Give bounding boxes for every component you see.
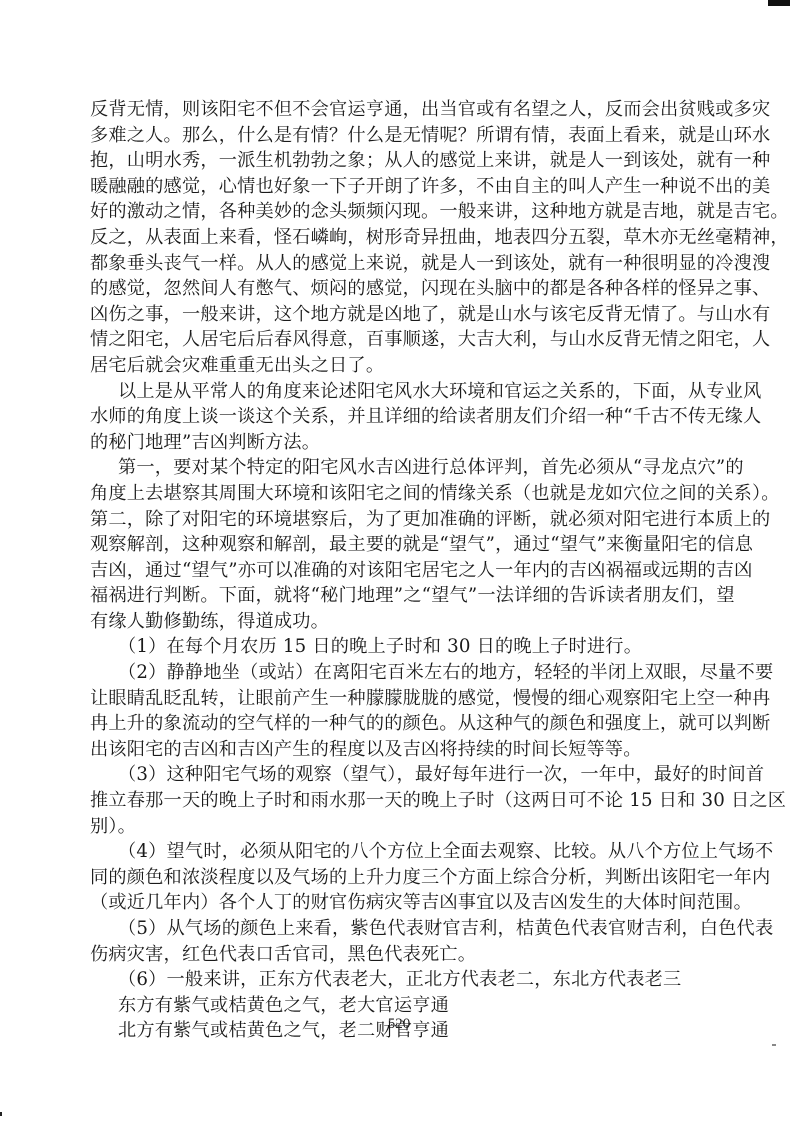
text-line: 第二，除了对阳宅的环境堪察后，为了更加准确的评断，就必须对阳宅进行本质上的 xyxy=(90,507,726,533)
text-line: 的秘门地理”吉凶判断方法。 xyxy=(90,430,726,456)
text-line: 水师的角度上谈一谈这个关系，并且详细的给读者朋友们介绍一种“千古不传无缘人 xyxy=(90,404,726,430)
list-item-4: （4）望气时，必须从阳宅的八个方位上全面去观察、比较。从八个方位上气场不 同的颜… xyxy=(90,839,726,916)
list-item-5: （5）从气场的颜色上来看，紫色代表财官吉利，桔黄色代表官财吉利，白色代表 伤病灾… xyxy=(90,916,726,967)
page-number: 520 xyxy=(0,1016,798,1033)
text-line: 别）。 xyxy=(90,814,726,840)
text-line: 以上是从平常人的角度来论述阳宅风水大环境和官运之关系的，下面，从专业风 xyxy=(90,379,726,405)
list-item-2: （2）静静地坐（或站）在离阳宅百米左右的地方，轻轻的半闭上双眼，尽量不要 让眼睛… xyxy=(90,660,726,762)
text-line: （5）从气场的颜色上来看，紫色代表财官吉利，桔黄色代表官财吉利，白色代表 xyxy=(90,916,726,942)
paragraph-2: 以上是从平常人的角度来论述阳宅风水大环境和官运之关系的，下面，从专业风 水师的角… xyxy=(90,379,726,456)
paragraph-1: 反背无情，则该阳宅不但不会官运亨通，出当官或有名望之人，反而会出贫贱或多灾 多难… xyxy=(90,97,726,379)
paragraph-3: 第一，要对某个特定的阳宅风水吉凶进行总体评判，首先必须从“寻龙点穴”的 角度上去… xyxy=(90,455,726,634)
text-line: 福祸进行判断。下面，就将“秘门地理”之“望气”一法详细的告诉读者朋友们，望 xyxy=(90,583,726,609)
text-line: 反背无情，则该阳宅不但不会官运亨通，出当官或有名望之人，反而会出贫贱或多灾 xyxy=(90,97,726,123)
text-line: 让眼睛乱眨乱转，让眼前产生一种朦朦胧胧的感觉，慢慢的细心观察阳宅上空一种冉 xyxy=(90,686,726,712)
text-line: （4）望气时，必须从阳宅的八个方位上全面去观察、比较。从八个方位上气场不 xyxy=(90,839,726,865)
text-line: 伤病灾害，红色代表口舌官司，黑色代表死亡。 xyxy=(90,942,726,968)
list-item-1: （1）在每个月农历 15 日的晚上子时和 30 日的晚上子时进行。 xyxy=(90,634,726,660)
text-line: 多难之人。那么，什么是有情？什么是无情呢？所谓有情，表面上看来，就是山环水 xyxy=(90,123,726,149)
list-item-3: （3）这种阳宅气场的观察（望气），最好每年进行一次，一年中，最好的时间首 推立春… xyxy=(90,762,726,839)
text-line: 都象垂头丧气一样。从人的感觉上来说，就是人一到该处，就有一种很明显的冷溲溲 xyxy=(90,251,726,277)
text-line: （1）在每个月农历 15 日的晚上子时和 30 日的晚上子时进行。 xyxy=(90,634,726,660)
text-line: （或近几年内）各个人丁的财官伤病灾等吉凶事宜以及吉凶发生的大体时间范围。 xyxy=(90,890,726,916)
text-line: （6）一般来讲，正东方代表老大，正北方代表老二，东北方代表老三 xyxy=(90,967,726,993)
scan-artifact-bottom-left xyxy=(0,1112,2,1116)
text-line: （2）静静地坐（或站）在离阳宅百米左右的地方，轻轻的半闭上双眼，尽量不要 xyxy=(90,660,726,686)
text-line: 暖融融的感觉，心情也好象一下子开朗了许多，不由自主的叫人产生一种说不出的美 xyxy=(90,174,726,200)
text-line: 凶伤之事，一般来讲，这个地方就是凶地了，就是山水与该宅反背无情了。与山水有 xyxy=(90,302,726,328)
text-line: 角度上去堪察其周围大环境和该阳宅之间的情缘关系（也就是龙如穴位之间的关系）。 xyxy=(90,481,726,507)
text-line: 的感觉，忽然间人有憋气、烦闷的感觉，闪现在头脑中的都是各种各样的怪异之事、 xyxy=(90,276,726,302)
scan-artifact-top-right xyxy=(768,0,790,6)
text-line: 东方有紫气或桔黄色之气，老大官运亨通 xyxy=(90,993,726,1019)
text-line: 观察解剖，这种观察和解剖，最主要的就是“望气”，通过“望气”来衡量阳宅的信息 xyxy=(90,532,726,558)
text-line: 情之阳宅，人居宅后后春风得意，百事顺遂，大吉大利，与山水反背无情之阳宅，人 xyxy=(90,327,726,353)
text-line: 吉凶，通过“望气”亦可以准确的对该阳宅居宅之人一年内的吉凶祸福或远期的吉凶 xyxy=(90,558,726,584)
text-line: 抱，山明水秀，一派生机勃勃之象；从人的感觉上来讲，就是人一到该处，就有一种 xyxy=(90,148,726,174)
text-line: 有缘人勤修勤练，得道成功。 xyxy=(90,609,726,635)
scan-artifact-bottom-right xyxy=(772,1044,776,1046)
text-line: 好的激动之情，各种美妙的念头频频闪现。一般来讲，这种地方就是吉地，就是吉宅。 xyxy=(90,199,726,225)
text-line: 推立春那一天的晚上子时和雨水那一天的晚上子时（这两日可不论 15 日和 30 日… xyxy=(90,788,726,814)
text-line: 反之，从表面上来看，怪石嶙峋，树形奇异扭曲，地表四分五裂，草木亦无丝毫精神， xyxy=(90,225,726,251)
page-body: 反背无情，则该阳宅不但不会官运亨通，出当官或有名望之人，反而会出贫贱或多灾 多难… xyxy=(90,97,726,1044)
text-line: 冉上升的象流动的空气样的一种气的的颜色。从这种气的颜色和强度上，就可以判断 xyxy=(90,711,726,737)
text-line: 出该阳宅的吉凶和吉凶产生的程度以及吉凶将持续的时间长短等等。 xyxy=(90,737,726,763)
text-line: （3）这种阳宅气场的观察（望气），最好每年进行一次，一年中，最好的时间首 xyxy=(90,762,726,788)
text-line: 第一，要对某个特定的阳宅风水吉凶进行总体评判，首先必须从“寻龙点穴”的 xyxy=(90,455,726,481)
text-line: 同的颜色和浓淡程度以及气场的上升力度三个方面上综合分析，判断出该阳宅一年内 xyxy=(90,865,726,891)
text-line: 居宅后就会灾难重重无出头之日了。 xyxy=(90,353,726,379)
list-item-6: （6）一般来讲，正东方代表老大，正北方代表老二，东北方代表老三 xyxy=(90,967,726,993)
